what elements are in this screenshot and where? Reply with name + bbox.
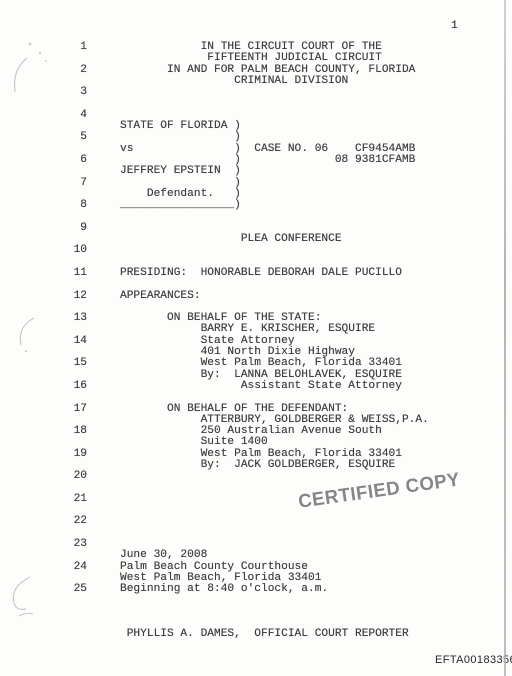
transcript-text: IN THE CIRCUIT COURT OF THE FIFTEENTH JU… bbox=[120, 42, 429, 641]
page-edge-line bbox=[504, 0, 506, 676]
document-page: 1 1 2 3 4 5 6 7 8 9 10 11 12 13 14 15 16… bbox=[0, 0, 512, 676]
page-number: 1 bbox=[451, 21, 458, 32]
bates-number: EFTA00183356 bbox=[435, 654, 512, 666]
line-number-column: 1 2 3 4 5 6 7 8 9 10 11 12 13 14 15 16 1… bbox=[69, 42, 87, 596]
